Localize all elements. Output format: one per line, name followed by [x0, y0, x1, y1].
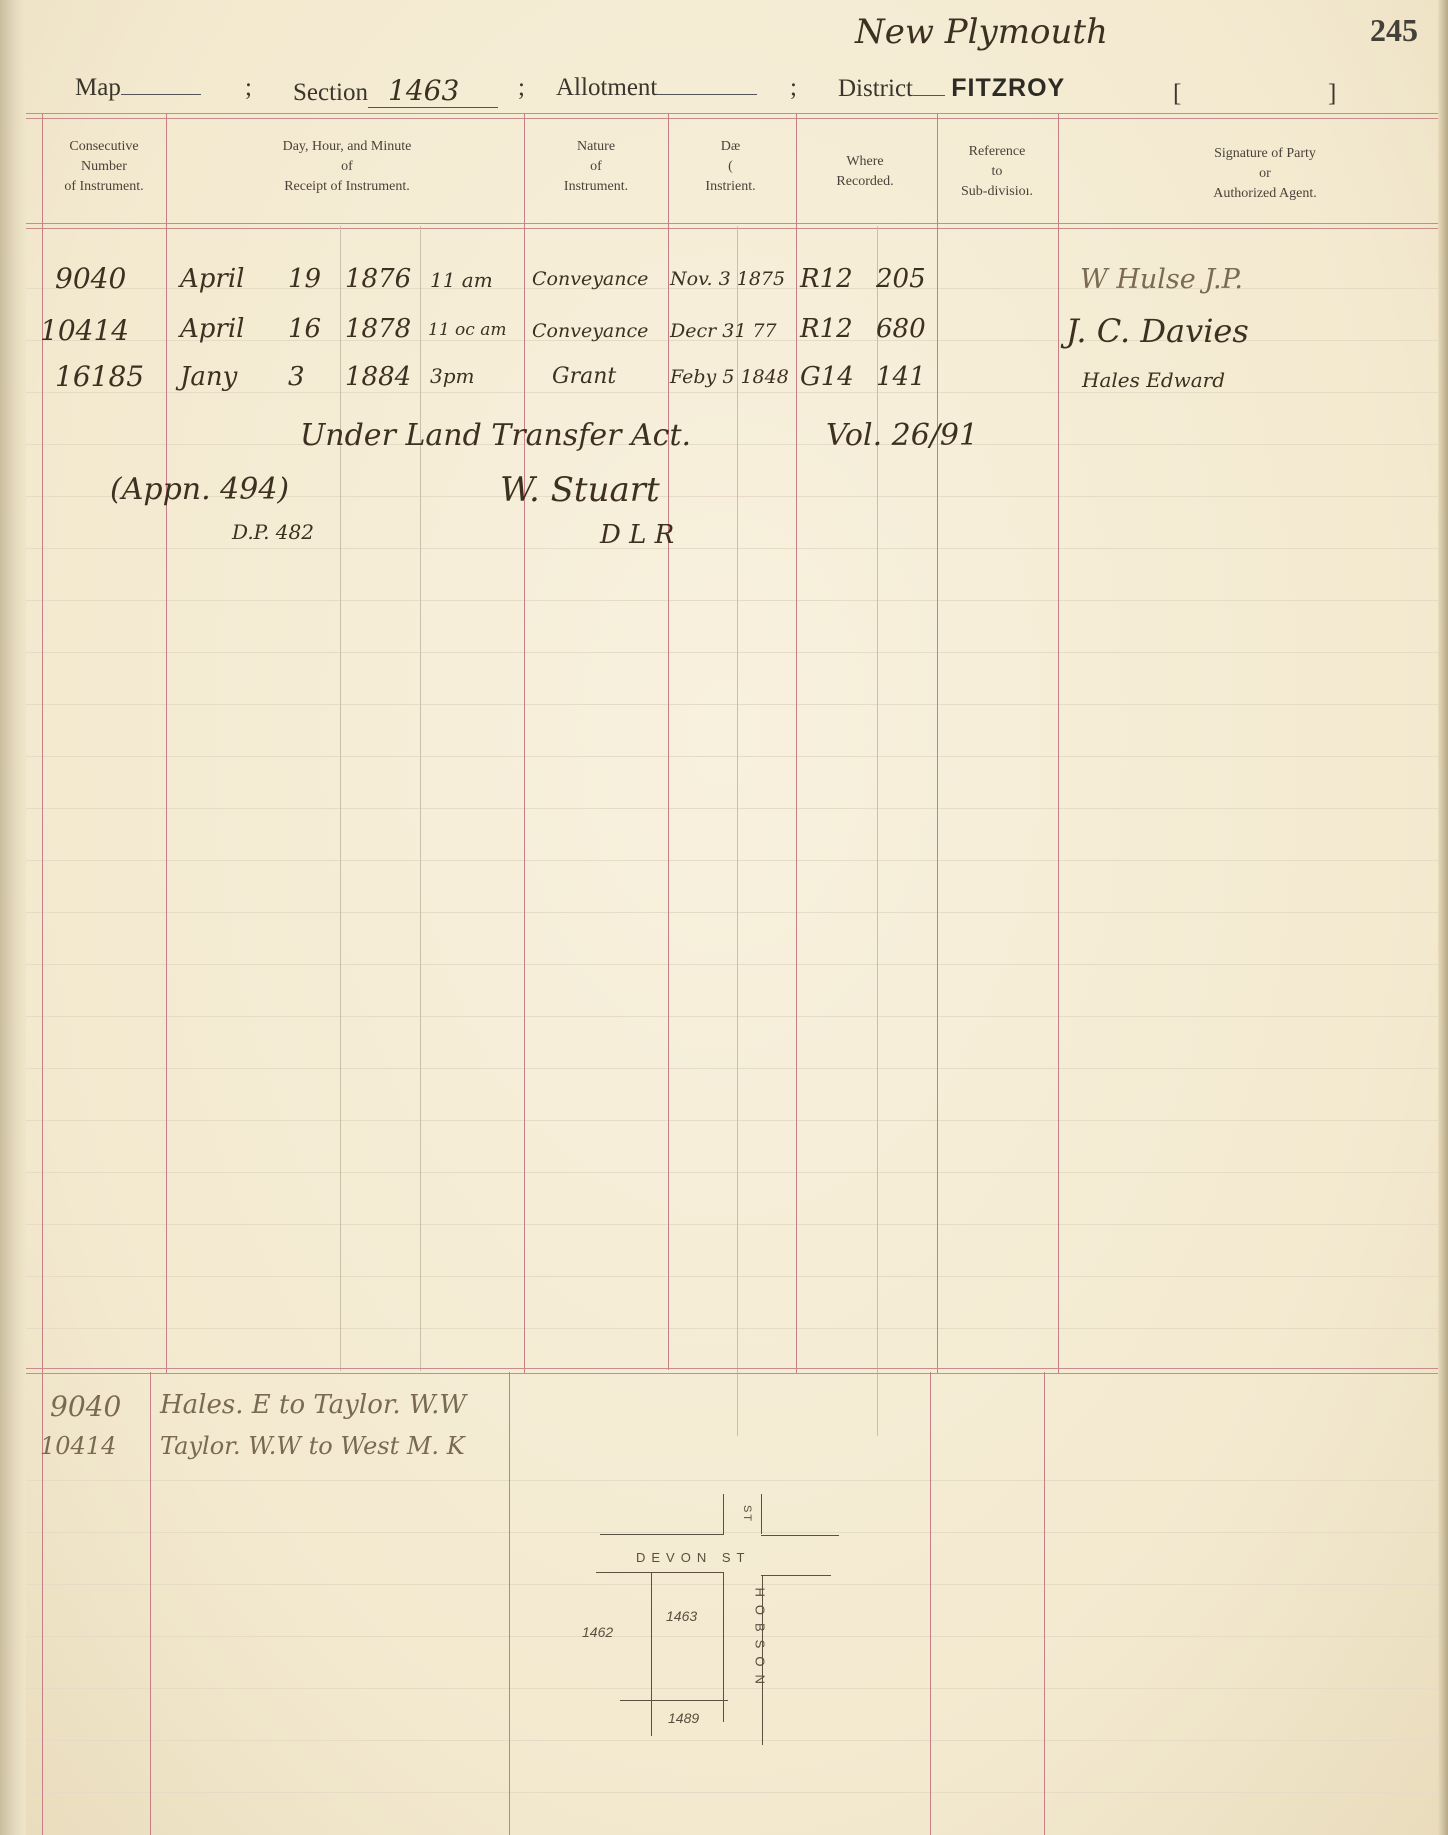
district-label: District — [838, 75, 913, 102]
entry-time: 3pm — [430, 364, 475, 388]
sub-column-rule — [877, 226, 878, 1436]
ruled-line — [26, 1120, 1438, 1121]
page-edge — [1438, 0, 1448, 1835]
entry-signature: W Hulse J.P. — [1080, 264, 1243, 295]
ruled-line — [26, 1584, 1438, 1585]
ruled-line — [26, 1328, 1438, 1329]
lot-label: 1489 — [668, 1710, 699, 1726]
column-header-nature: NatureofInstrument. — [526, 137, 666, 197]
map-label: Map — [75, 74, 121, 101]
column-rule — [930, 1372, 931, 1835]
entry-recorded-folio: 141 — [876, 362, 926, 392]
ruled-line — [26, 392, 1438, 393]
ruled-line — [26, 1532, 1438, 1533]
column-rule — [1044, 1372, 1045, 1835]
registrar-title: D L R — [600, 520, 674, 550]
entry-month: April — [180, 314, 244, 344]
column-rule — [668, 113, 669, 1370]
page-binding — [0, 0, 26, 1835]
memo-text: Hales. E to Taylor. W.W — [160, 1390, 466, 1420]
ruled-line — [26, 600, 1438, 601]
header-bottom-rule — [26, 223, 1438, 229]
ruled-line — [26, 1016, 1438, 1017]
map-value — [121, 94, 201, 95]
column-header-reference: ReferencetoSub-divisioı. — [936, 142, 1058, 202]
application-number: (Appn. 494) — [110, 472, 289, 507]
ruled-line — [26, 444, 1438, 445]
separator: ; — [790, 74, 797, 102]
entry-nature: Conveyance — [532, 268, 648, 290]
street-label-vertical-top: ST — [741, 1505, 753, 1523]
memo-number: 10414 — [40, 1432, 116, 1460]
column-header-receipt: Day, Hour, and MinuteofReceipt of Instru… — [168, 137, 526, 197]
column-header-date: Dæ(Instrient. — [668, 137, 793, 197]
memo-number: 9040 — [50, 1390, 121, 1423]
column-rule — [796, 113, 797, 1373]
deposited-plan: D.P. 482 — [232, 520, 314, 544]
ruled-line — [26, 860, 1438, 861]
ruled-line — [26, 756, 1438, 757]
allotment-value — [657, 94, 757, 95]
column-rule — [166, 113, 167, 1373]
district-field: District FITZROY — [838, 74, 1065, 103]
bracket-close: ] — [1328, 80, 1336, 108]
registrar-signature: W. Stuart — [500, 470, 660, 510]
page-number: 245 — [1370, 12, 1418, 49]
ruled-line — [26, 912, 1438, 913]
entry-signature: J. C. Davies — [1066, 312, 1249, 350]
ruled-line — [26, 964, 1438, 965]
ruled-line — [26, 1740, 1438, 1741]
ruled-line — [26, 1792, 1438, 1793]
entry-date: Feby 5 1848 — [670, 366, 789, 388]
entry-recorded-folio: 680 — [876, 314, 926, 344]
land-transfer-note: Under Land Transfer Act. — [300, 418, 691, 453]
entry-day: 16 — [288, 314, 321, 344]
entry-recorded-book: R12 — [800, 264, 853, 294]
entry-year: 1884 — [345, 362, 411, 392]
column-header-where-recorded: WhereRecorded. — [795, 152, 935, 192]
street-label-horizontal: DEVON ST — [636, 1550, 750, 1565]
column-rule — [937, 113, 938, 1373]
column-header-consecutive-number: ConsecutiveNumberof Instrument. — [44, 137, 164, 197]
entry-date: Nov. 3 1875 — [670, 268, 785, 290]
ledger-page: New Plymouth 245 Map ; Section1463 ; All… — [0, 0, 1448, 1835]
entry-time: 11 am — [430, 268, 493, 292]
street-label-vertical: HOBSON — [753, 1588, 768, 1708]
district-value: FITZROY — [951, 74, 1065, 102]
volume-reference: Vol. 26/91 — [826, 418, 978, 453]
entry-day: 3 — [288, 362, 305, 392]
section-divider-rule — [26, 1368, 1438, 1374]
sub-column-rule — [420, 226, 421, 1371]
ruled-line — [26, 808, 1438, 809]
entry-number: 16185 — [55, 360, 144, 393]
sub-column-rule — [737, 226, 738, 1436]
section-field: Section1463 — [293, 74, 498, 108]
ruled-line — [26, 1068, 1438, 1069]
ruled-line — [26, 1480, 1438, 1481]
entry-number: 10414 — [40, 314, 129, 347]
entry-day: 19 — [288, 264, 321, 294]
section-label: Section — [293, 79, 368, 106]
entry-nature: Grant — [552, 364, 616, 389]
ruled-line — [26, 704, 1438, 705]
allotment-label: Allotment — [556, 74, 657, 101]
ruled-line — [26, 548, 1438, 549]
ruled-line — [26, 1224, 1438, 1225]
column-header-signature: Signature of PartyorAuthorized Agent. — [1060, 144, 1448, 204]
section-value: 1463 — [368, 74, 498, 108]
ruled-line — [26, 1688, 1438, 1689]
ruled-line — [26, 652, 1438, 653]
entry-year: 1876 — [345, 264, 411, 294]
memo-text: Taylor. W.W to West M. K — [160, 1432, 465, 1460]
lot-label: 1463 — [666, 1608, 697, 1624]
entry-recorded-book: G14 — [800, 362, 854, 392]
column-rule — [509, 1372, 510, 1835]
entry-month: April — [180, 264, 244, 294]
entry-date: Decr 31 77 — [670, 320, 777, 342]
column-rule — [150, 1372, 151, 1835]
sub-column-rule — [340, 226, 341, 1371]
entry-signature: Hales Edward — [1082, 368, 1225, 392]
bracket-open: [ — [1173, 80, 1181, 108]
map-field: Map — [75, 74, 201, 102]
separator: ; — [518, 74, 525, 102]
entry-recorded-folio: 205 — [876, 264, 926, 294]
entry-number: 9040 — [55, 262, 126, 295]
entry-recorded-book: R12 — [800, 314, 853, 344]
column-rule — [1058, 113, 1059, 1373]
allotment-field: Allotment — [556, 74, 757, 102]
separator: ; — [245, 74, 252, 102]
column-rule — [524, 113, 525, 1373]
ruled-line — [26, 1636, 1438, 1637]
column-rule — [42, 113, 43, 1835]
lot-label: 1462 — [582, 1624, 613, 1640]
header-top-rule — [26, 113, 1438, 119]
ruled-line — [26, 1172, 1438, 1173]
entry-nature: Conveyance — [532, 320, 648, 342]
locality-note: New Plymouth — [855, 12, 1108, 52]
entry-month: Jany — [180, 362, 237, 392]
entry-year: 1878 — [345, 314, 411, 344]
entry-time: 11 oc am — [428, 320, 506, 340]
ruled-line — [26, 1276, 1438, 1277]
